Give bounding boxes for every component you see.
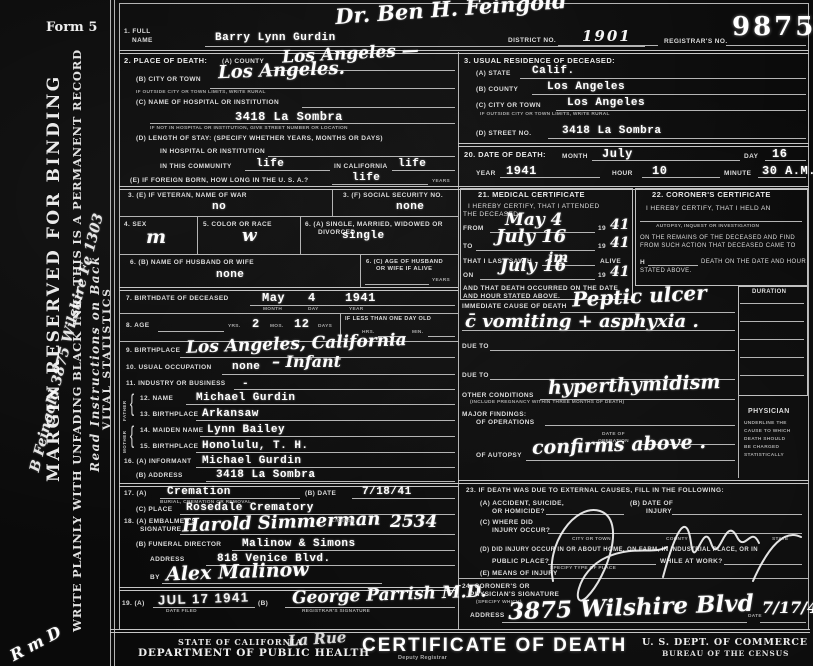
place-of-death-title: 2. PLACE OF DEATH:	[124, 57, 207, 66]
deputy-registrar-label: Deputy Registrar	[398, 655, 447, 661]
industry-line	[234, 389, 455, 390]
medical-from-year-pre: 19	[598, 225, 606, 232]
autopsy-value: confirms above .	[532, 433, 706, 458]
due-to-label-2: DUE TO	[462, 372, 489, 379]
disposition-value: Cremation	[167, 487, 231, 498]
embalmer-line	[180, 534, 455, 535]
occupation-typed-value: none	[232, 362, 260, 373]
other-conditions-value: hyperthymidism	[548, 373, 721, 398]
sex-value: m	[146, 228, 166, 247]
duration-line-5	[740, 375, 804, 376]
fullname-line	[205, 46, 645, 47]
death-minute-line	[758, 177, 806, 178]
mother-birthplace-label: 15. BIRTHPLACE	[140, 443, 198, 450]
duration-label: DURATION	[752, 289, 786, 296]
death-day-line	[765, 160, 806, 161]
disposition-label: 17. (A)	[124, 490, 147, 497]
row-line-254	[119, 254, 458, 255]
due-to-line-1	[490, 350, 735, 351]
length-of-stay-label: (D) LENGTH OF STAY: (SPECIFY WHETHER YEA…	[136, 135, 383, 142]
coroner-death-on: DEATH ON THE DATE AND HOUR	[701, 259, 806, 266]
coroner-remains-2: FROM SUCH ACTION THAT DECEASED CAME TO	[640, 243, 796, 250]
physician-note-title: PHYSICIAN	[748, 408, 790, 416]
date-filed-sub-label: DATE FILED	[166, 609, 197, 614]
age-min-line	[428, 336, 455, 337]
mother-birthplace-value: Honolulu, T. H.	[202, 441, 309, 452]
physician-note-4: BE CHARGED	[744, 445, 779, 450]
birthdate-day: 4	[308, 292, 316, 304]
sex-label: 4. SEX	[124, 221, 147, 228]
age-yrs-label: YRS.	[228, 324, 240, 329]
residence-street-label: (D) STREET NO.	[476, 130, 531, 137]
informant-label: 16. (A) INFORMANT	[124, 458, 191, 465]
mother-birthplace-line	[196, 452, 455, 453]
marital-value: single	[342, 231, 385, 242]
footer-commerce-line-1: U. S. DEPT. OF COMMERCE	[642, 637, 808, 648]
immediate-cause-value: Peptic ulcer	[572, 282, 708, 309]
medical-occurred-2: AND HOUR STATED ABOVE.	[463, 293, 560, 300]
operations-label: OF OPERATIONS	[476, 419, 535, 426]
race-marital-divider	[300, 217, 301, 254]
registrar-no-line	[726, 45, 806, 46]
city-label: (B) CITY OR TOWN	[136, 76, 201, 83]
ssn-label: 3. (F) SOCIAL SECURITY NO.	[343, 192, 443, 199]
immediate-cause-value-2: c̄ vomiting + asphyxia .	[465, 313, 699, 331]
spouse-age-label-2: OR WIFE IF ALIVE	[376, 266, 432, 273]
disposition-line	[160, 498, 300, 499]
coroner-autopsy-line	[640, 221, 802, 222]
age-days-value: 12	[294, 318, 309, 330]
birthplace-label: 9. BIRTHPLACE	[126, 347, 180, 354]
age-min-label: MIN.	[412, 330, 423, 335]
immediate-cause-label: IMMEDIATE CAUSE OF DEATH	[462, 303, 567, 310]
death-month-line	[592, 160, 740, 161]
form-border-left	[119, 3, 120, 630]
date-filed-line	[153, 607, 255, 608]
mother-name-line	[200, 436, 455, 437]
residence-city-sub-label: IF OUTSIDE CITY OR TOWN LIMITS, WRITE RU…	[480, 112, 610, 117]
external-c-label-2: INJURY OCCUR?	[492, 527, 550, 534]
spouse-age-divider	[360, 255, 361, 287]
duration-line-2	[740, 321, 804, 322]
row-line-313	[119, 313, 458, 314]
foreign-born-value: life	[352, 173, 380, 184]
hospital-line	[302, 107, 455, 108]
industry-label: 11. INDUSTRY OR BUSINESS	[126, 380, 226, 387]
medical-to-label: TO	[463, 243, 473, 250]
birthdate-year: 1941	[345, 292, 376, 304]
birthdate-month: May	[262, 292, 285, 304]
city-value: Los Angeles.	[218, 60, 345, 82]
registrar-no-label: REGISTRAR'S NO.	[664, 38, 728, 45]
major-findings-label: MAJOR FINDINGS:	[462, 411, 527, 418]
residence-street-line	[548, 138, 806, 139]
death-hour-label: HOUR	[612, 170, 633, 177]
spouse-value: none	[216, 270, 244, 281]
community-value: life	[256, 159, 284, 170]
physician-note-3: DEATH SHOULD	[744, 437, 785, 442]
fullname-label-1: 1. FULL	[124, 28, 151, 35]
death-month-label: MONTH	[562, 153, 588, 160]
birthdate-label: 7. BIRTHDATE OF DECEASED	[126, 295, 229, 302]
veteran-ssn-divider	[332, 190, 333, 216]
age-mos-label: MOS.	[270, 324, 283, 329]
embalmer-license-value: 2534	[390, 514, 437, 531]
informant-address-value: 3418 La Sombra	[216, 470, 315, 481]
residence-state-line	[520, 78, 806, 79]
death-day-label: DAY	[744, 153, 758, 160]
occupation-hand-value: – Infant	[272, 354, 341, 370]
embalmer-label-2: SIGNATURE	[140, 526, 181, 533]
certificate-of-death-title: CERTIFICATE OF DEATH	[362, 635, 627, 657]
death-day-value: 16	[772, 148, 787, 160]
medical-on-value: July 16	[500, 258, 566, 275]
footer-divider	[110, 629, 810, 633]
medical-to-year: 41	[610, 236, 629, 250]
california-value: life	[398, 159, 426, 170]
residence-city-line	[556, 110, 806, 111]
coroner-certificate-title: 22. CORONER'S CERTIFICATE	[652, 191, 771, 200]
footer-state-line-2: DEPARTMENT OF PUBLIC HEALTH	[138, 647, 370, 659]
margin-border-inner	[114, 0, 115, 666]
section-divider-143	[458, 143, 809, 147]
row-line-216	[119, 216, 458, 217]
hospital-value: 3418 La Sombra	[235, 111, 343, 123]
age-line	[158, 331, 224, 332]
hospital-value-line	[150, 123, 455, 124]
residence-state-value: Calif.	[532, 66, 575, 77]
date-filed-stamp: JUL 17 1941	[158, 590, 250, 606]
death-minute-value: 30 A.M.	[762, 165, 813, 177]
spouse-age-line	[365, 284, 429, 285]
disposition-place-label: (C) PLACE	[136, 506, 172, 513]
coroner-remains-1: ON THE REMAINS OF THE DECEASED AND FIND	[640, 235, 795, 242]
date-of-death-title: 20. DATE OF DEATH:	[464, 151, 546, 160]
mother-brace: {	[130, 422, 134, 450]
informant-address-line	[206, 481, 455, 482]
father-side-label: FATHER	[122, 400, 127, 421]
residence-state-label: (A) STATE	[476, 70, 511, 77]
medical-on-line	[480, 279, 595, 280]
age-label: 8. AGE	[126, 322, 149, 329]
community-line	[245, 170, 330, 171]
district-no-label: DISTRICT NO.	[508, 37, 556, 44]
california-line	[392, 170, 455, 171]
medical-on-year: 41	[610, 265, 629, 279]
informant-address-label: (B) ADDRESS	[136, 472, 183, 479]
coroner-stated: STATED ABOVE.	[640, 268, 692, 275]
footer-state-line-1: STATE OF CALIFORNIA	[178, 637, 303, 647]
death-month-value: July	[602, 148, 633, 160]
death-certificate-scan: Form 5 MARGIN RESERVED FOR BINDING WRITE…	[0, 0, 813, 666]
death-year-label: YEAR	[476, 170, 496, 177]
birthdate-year-sub: YEAR	[349, 307, 364, 312]
birthdate-month-sub: MONTH	[263, 307, 282, 312]
physician-signature-scrawl	[545, 485, 810, 625]
physician-note-2: CAUSE TO WHICH	[744, 429, 790, 434]
coroner-certify: I HEREBY CERTIFY, THAT I HELD AN	[646, 205, 771, 212]
father-brace: {	[130, 390, 134, 418]
coroner-h-line	[648, 265, 698, 266]
mother-side-label: MOTHER	[122, 431, 127, 454]
immediate-cause-line-2	[462, 330, 735, 331]
medical-to-value: July 16	[496, 228, 566, 246]
footer-commerce-line-2: BUREAU OF THE CENSUS	[662, 649, 789, 658]
hospital-sub-label: IF NOT IN HOSPITAL OR INSTITUTION, GIVE …	[150, 126, 348, 131]
residence-county-label: (B) COUNTY	[476, 86, 518, 93]
hospital-label: (C) NAME OF HOSPITAL OR INSTITUTION	[136, 99, 279, 106]
father-birthplace-line	[196, 420, 455, 421]
sex-race-divider	[197, 217, 198, 254]
foreign-born-line	[332, 184, 428, 185]
california-label: IN CALIFORNIA	[334, 163, 388, 170]
informant-value: Michael Gurdin	[202, 456, 301, 467]
registrar-signature-line	[285, 607, 455, 608]
father-birthplace-value: Arkansaw	[202, 409, 259, 420]
foreign-born-label: (E) IF FOREIGN BORN, HOW LONG IN THE U. …	[130, 177, 309, 184]
in-hospital-line	[268, 156, 455, 157]
mother-name-label: 14. MAIDEN NAME	[140, 427, 203, 434]
father-name-line	[186, 404, 455, 405]
header-divider	[119, 50, 809, 54]
external-a-label-2: OR HOMICIDE?	[492, 508, 545, 515]
spouse-label: 6. (B) NAME OF HUSBAND OR WIFE	[130, 259, 254, 266]
medical-from-label: FROM	[463, 225, 484, 232]
external-d-label-2: PUBLIC PLACE?	[492, 558, 549, 565]
due-to-label-1: DUE TO	[462, 343, 489, 350]
coroner-autopsy-sub-label: AUTOPSY, INQUEST OR INVESTIGATION	[656, 224, 759, 229]
age-months-value: 2	[252, 318, 260, 330]
city-line	[210, 88, 455, 89]
medical-on-label: ON	[463, 272, 474, 279]
physician-note-1: UNDERLINE THE	[744, 421, 787, 426]
ssn-value: none	[396, 202, 424, 213]
race-label: 5. COLOR OR RACE	[203, 221, 272, 228]
birthdate-day-sub: DAY	[308, 307, 319, 312]
age-days-label: DAYS	[318, 324, 332, 329]
medical-from-year: 41	[610, 218, 629, 232]
coroner-h-label: H	[640, 259, 645, 266]
age-box-title: IF LESS THAN ONE DAY OLD	[345, 316, 431, 322]
mother-name-value: Lynn Bailey	[207, 425, 285, 436]
residence-city-label: (C) CITY OR TOWN	[476, 102, 541, 109]
funeral-director-line	[232, 550, 455, 551]
medical-to-year-pre: 19	[598, 243, 606, 250]
section-divider-480	[458, 480, 809, 484]
filing-label: 19. (A)	[122, 600, 145, 607]
funeral-director-value: Malinow & Simons	[242, 539, 356, 550]
residence-county-line	[532, 94, 806, 95]
residence-city-value: Los Angeles	[567, 98, 645, 109]
fullname-value: Barry Lynn Gurdin	[215, 33, 336, 44]
birthdate-line	[250, 305, 455, 306]
district-no-value: 1901	[582, 27, 632, 45]
physician-column-divider	[738, 394, 739, 478]
death-year-value: 1941	[506, 165, 537, 177]
operations-line	[545, 425, 735, 426]
other-conditions-label: OTHER CONDITIONS	[462, 392, 534, 399]
section-divider-287	[119, 287, 458, 291]
coroner-physician-label-1: 24. CORONER'S OR	[462, 583, 530, 590]
city-sub-label: IF OUTSIDE CITY OR TOWN LIMITS, WRITE RU…	[136, 90, 266, 95]
residence-county-value: Los Angeles	[547, 82, 625, 93]
occupation-label: 10. USUAL OCCUPATION	[126, 364, 212, 371]
veteran-value: no	[212, 202, 226, 213]
margin-instructions-text: Read Instructions on Back	[88, 255, 102, 472]
father-name-value: Michael Gurdin	[196, 393, 295, 404]
margin-vital-statistics-text: VITAL STATISTICS	[101, 287, 113, 430]
death-hour-line	[642, 177, 720, 178]
registrar-signature-sub-label: REGISTRAR'S SIGNATURE	[302, 609, 370, 614]
other-conditions-sub-label: (INCLUDE PREGNANCY WITHIN THREE MONTHS O…	[470, 400, 624, 405]
veteran-label: 3. (E) IF VETERAN, NAME OF WAR	[128, 192, 247, 199]
column-divider	[458, 52, 459, 630]
funeral-by-signature: Alex Malinow	[166, 561, 309, 585]
physician-note-5: STATISTICALLY	[744, 453, 784, 458]
race-value: w	[242, 228, 257, 245]
disposition-date-value: 7/18/41	[362, 487, 412, 498]
death-year-line	[500, 177, 600, 178]
filing-b-label: (B)	[258, 600, 268, 607]
duration-line-4	[740, 357, 804, 358]
fullname-label-2: NAME	[132, 37, 153, 44]
deputy-registrar-signature: La Rue	[288, 630, 347, 649]
occupation-line	[222, 374, 455, 375]
marital-label-1: 6. (A) SINGLE, MARRIED, WIDOWED OR	[305, 221, 443, 228]
in-hospital-label: IN HOSPITAL OR INSTITUTION	[160, 148, 265, 155]
disposition-date-label: (B) DATE	[305, 490, 336, 497]
external-c-label-1: (C) WHERE DID	[480, 519, 533, 526]
foreign-years-label: YEARS	[432, 179, 450, 184]
registrar-no-value: 9875	[732, 12, 813, 42]
father-birthplace-label: 13. BIRTHPLACE	[140, 411, 198, 418]
death-minute-label: MINUTE	[724, 170, 751, 177]
medical-to-line	[476, 250, 595, 251]
disposition-date-line	[352, 498, 455, 499]
medical-certificate-title: 21. MEDICAL CERTIFICATE	[478, 191, 585, 200]
spouse-age-label-1: 6. (C) AGE OF HUSBAND	[366, 259, 443, 266]
funeral-by-line	[162, 583, 382, 584]
duration-line-3	[740, 339, 804, 340]
doctor-handwritten-name: Dr. Ben H. Feingold	[335, 0, 568, 27]
informant-line	[196, 467, 455, 468]
embalmer-license-label: LICENSE	[332, 519, 355, 524]
medical-on-year-pre: 19	[598, 272, 606, 279]
spouse-age-years-label: YEARS	[432, 278, 450, 283]
residence-street-value: 3418 La Sombra	[562, 126, 661, 137]
autopsy-label: OF AUTOPSY	[476, 452, 522, 459]
funeral-director-label: (B) FUNERAL DIRECTOR	[136, 541, 221, 548]
community-label: IN THIS COMMUNITY	[160, 163, 232, 170]
death-hour-value: 10	[652, 165, 667, 177]
margin-handwritten-initials: R m D	[7, 624, 63, 664]
father-name-label: 12. NAME	[140, 395, 173, 402]
duration-line-1	[740, 303, 804, 304]
funeral-by-label: BY	[150, 574, 160, 581]
signature-address-label: ADDRESS	[470, 612, 505, 619]
form-number: Form 5	[46, 20, 97, 35]
autopsy-line	[526, 460, 735, 461]
